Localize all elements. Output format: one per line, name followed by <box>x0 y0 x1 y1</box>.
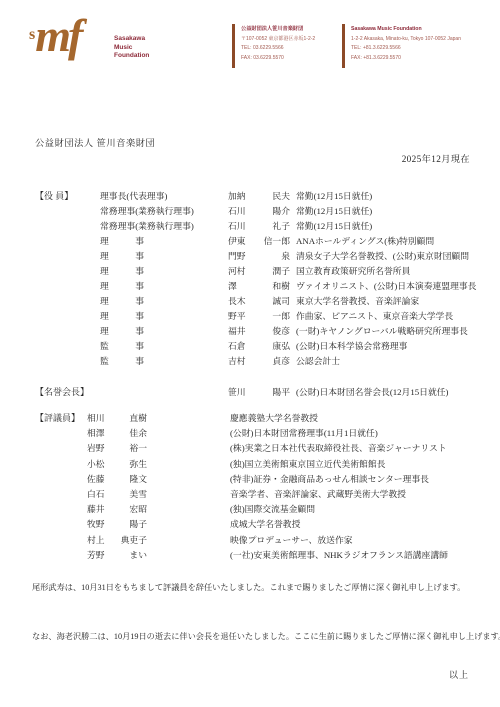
name-cell: 藤井宏昭 <box>87 502 147 517</box>
name-cell: 石川礼子 <box>228 219 290 234</box>
given-name: 裕一 <box>129 441 147 456</box>
officer-row: 理事長(代表理事) 加納民夫 常勤(12月15日就任) <box>35 189 470 204</box>
position-cell: 理 事 <box>100 294 144 309</box>
name-cell: 石川陽介 <box>228 204 290 219</box>
position-cell: 常務理事(業務執行理事) <box>100 219 194 234</box>
surname: 岩野 <box>87 441 105 456</box>
description-cell: (公財)日本科学協会常務理事 <box>296 339 407 354</box>
councilor-row: 岩野裕一 (株)実業之日本社代表取締役社長、音楽ジャーナリスト <box>35 441 470 456</box>
officer-row: 理 事 河村潤子 国立教育政策研究所名誉所員 <box>35 264 470 279</box>
councilors-section: 【評議員】 相川直樹 慶應義塾大学名誉教授 相澤佳余 (公財)日本財団常務理事(… <box>35 411 470 563</box>
en-fax-line: FAX: +81.3.6229.5570 <box>351 54 461 64</box>
surname: 相澤 <box>87 426 105 441</box>
given-name: 泉 <box>281 249 290 264</box>
wordmark-line: Foundation <box>114 52 149 61</box>
given-name: 佳余 <box>129 426 147 441</box>
position-cell: 監 事 <box>100 339 144 354</box>
officer-row: 監 事 吉村貞彦 公認会計士 <box>35 354 470 369</box>
councilor-row: 白石美雪 音楽学者、音楽評論家、武蔵野美術大学教授 <box>35 487 470 502</box>
name-cell: 伊東信一郎 <box>228 234 290 249</box>
surname: 野平 <box>228 309 246 324</box>
given-name: 礼子 <box>272 219 290 234</box>
jp-fax-line: FAX: 03.6229.5570 <box>241 54 315 64</box>
surname: 福井 <box>228 324 246 339</box>
description-cell: 清泉女子大学名誉教授、(公財)東京財団顧問 <box>296 249 469 264</box>
jp-address-line: 〒107-0052 東京都港区赤坂1-2-2 <box>241 35 315 45</box>
position-cell: 監 事 <box>100 354 144 369</box>
position-cell: 理 事 <box>100 249 144 264</box>
name-cell: 相澤佳余 <box>87 426 147 441</box>
contact-divider-bar <box>342 24 345 68</box>
given-name: 陽平 <box>272 385 290 400</box>
name-cell: 河村潤子 <box>228 264 290 279</box>
closing-mark: 以上 <box>449 668 469 681</box>
councilor-row: 芳野まい (一社)安東美術館理事、NHKラジオフランス語講座講師 <box>35 548 470 563</box>
jp-org-name: 公益財団法人笹川音楽財団 <box>241 25 315 35</box>
name-cell: 野平一郎 <box>228 309 290 324</box>
description-cell: 映像プロデューサー、放送作家 <box>230 533 353 548</box>
surname: 吉村 <box>228 354 246 369</box>
description-cell: 常勤(12月15日就任) <box>296 189 372 204</box>
surname: 佐藤 <box>87 472 105 487</box>
councilor-row: 藤井宏昭 (独)国際交流基金顧問 <box>35 502 470 517</box>
officer-row: 常務理事(業務執行理事) 石川礼子 常勤(12月15日就任) <box>35 219 470 234</box>
surname: 牧野 <box>87 517 105 532</box>
surname: 石倉 <box>228 339 246 354</box>
officer-row: 監 事 石倉康弘 (公財)日本科学協会常務理事 <box>35 339 470 354</box>
description-cell: 音楽学者、音楽評論家、武蔵野美術大学教授 <box>230 487 406 502</box>
given-name: 隆文 <box>129 472 147 487</box>
surname: 門野 <box>228 249 246 264</box>
given-name: 直樹 <box>129 411 147 426</box>
document-page: smf Sasakawa Music Foundation 公益財団法人笹川音楽… <box>0 0 500 707</box>
surname: 長木 <box>228 294 246 309</box>
name-cell: 芳野まい <box>87 548 147 563</box>
surname: 澤 <box>228 279 237 294</box>
councilor-row: 村上典吏子 映像プロデューサー、放送作家 <box>35 533 470 548</box>
description-cell: (独)国際交流基金顧問 <box>230 502 315 517</box>
surname: 芳野 <box>87 548 105 563</box>
contact-divider-bar <box>232 24 235 68</box>
wordmark-line: Sasakawa <box>114 35 149 44</box>
name-cell: 白石美雪 <box>87 487 147 502</box>
given-name: 一郎 <box>272 309 290 324</box>
position-cell: 理 事 <box>100 264 144 279</box>
given-name: 弥生 <box>129 457 147 472</box>
name-cell: 澤和樹 <box>228 279 290 294</box>
description-cell: (独)国立美術館東京国立近代美術館館長 <box>230 457 385 472</box>
given-name: 潤子 <box>272 264 290 279</box>
surname: 小松 <box>87 457 105 472</box>
officer-row: 理 事 長木誠司 東京大学名誉教授、音楽評論家 <box>35 294 470 309</box>
given-name: 俊彦 <box>272 324 290 339</box>
as-of-date: 2025年12月現在 <box>402 151 470 165</box>
passing-note: なお、海老沢勝二は、10月19日の逝去に伴い会長を退任いたしました。ここに生前に… <box>32 631 500 642</box>
name-cell: 村上典吏子 <box>87 533 147 548</box>
description-cell: 成城大学名誉教授 <box>230 517 300 532</box>
surname: 伊東 <box>228 234 246 249</box>
officers-section: 【役 員】 理事長(代表理事) 加納民夫 常勤(12月15日就任) 常務理事(業… <box>35 189 470 369</box>
given-name: 宏昭 <box>129 502 147 517</box>
officer-row: 理 事 野平一郎 作曲家、ピアニスト、東京音楽大学学長 <box>35 309 470 324</box>
councilor-row: 牧野陽子 成城大学名誉教授 <box>35 517 470 532</box>
description-cell: 国立教育政策研究所名誉所員 <box>296 264 410 279</box>
description-cell: ANAホールディングス(株)特別顧問 <box>296 234 434 249</box>
councilor-row: 相澤佳余 (公財)日本財団常務理事(11月1日就任) <box>35 426 470 441</box>
name-cell: 吉村貞彦 <box>228 354 290 369</box>
officer-row: 理 事 澤和樹 ヴァイオリニスト、(公財)日本演奏連盟理事長 <box>35 279 470 294</box>
description-cell: (特非)証券・金融商品あっせん相談センター理事長 <box>230 472 429 487</box>
description-cell: (一財)キヤノングローバル戦略研究所理事長 <box>296 324 468 339</box>
en-address-line: 1-2-2 Akasaka, Minato-ku, Tokyo 107-0052… <box>351 35 461 45</box>
name-cell: 小松弥生 <box>87 457 147 472</box>
en-org-name: Sasakawa Music Foundation <box>351 25 461 35</box>
description-cell: 常勤(12月15日就任) <box>296 219 372 234</box>
surname: 相川 <box>87 411 105 426</box>
description-cell: 作曲家、ピアニスト、東京音楽大学学長 <box>296 309 453 324</box>
position-cell: 理事長(代表理事) <box>100 189 167 204</box>
name-cell: 石倉康弘 <box>228 339 290 354</box>
surname: 加納 <box>228 189 246 204</box>
councilor-row: 相川直樹 慶應義塾大学名誉教授 <box>35 411 470 426</box>
surname: 藤井 <box>87 502 105 517</box>
position-cell: 理 事 <box>100 234 144 249</box>
officer-row: 常務理事(業務執行理事) 石川陽介 常勤(12月15日就任) <box>35 204 470 219</box>
given-name: まい <box>129 548 147 563</box>
name-cell: 笹川陽平 <box>228 385 290 400</box>
surname: 河村 <box>228 264 246 279</box>
given-name: 陽介 <box>272 204 290 219</box>
given-name: 康弘 <box>272 339 290 354</box>
position-cell: 理 事 <box>100 279 144 294</box>
en-contact-block: Sasakawa Music Foundation 1-2-2 Akasaka,… <box>342 24 461 68</box>
logo-wordmark: Sasakawa Music Foundation <box>114 35 149 61</box>
smf-logo: smf <box>29 10 80 62</box>
name-cell: 加納民夫 <box>228 189 290 204</box>
councilor-row: 小松弥生 (独)国立美術館東京国立近代美術館館長 <box>35 457 470 472</box>
name-cell: 岩野裕一 <box>87 441 147 456</box>
given-name: 誠司 <box>272 294 290 309</box>
position-cell: 理 事 <box>100 324 144 339</box>
description-cell: (株)実業之日本社代表取締役社長、音楽ジャーナリスト <box>230 441 447 456</box>
surname: 村上 <box>87 533 105 548</box>
description-cell: (一社)安東美術館理事、NHKラジオフランス語講座講師 <box>230 548 448 563</box>
given-name: 信一郎 <box>264 234 290 249</box>
given-name: 美雪 <box>129 487 147 502</box>
name-cell: 門野泉 <box>228 249 290 264</box>
wordmark-line: Music <box>114 44 149 53</box>
retirement-note: 尾形武寿は、10月31日をもちまして評議員を辞任いたしました。これまで賜りました… <box>32 582 465 593</box>
description-cell: ヴァイオリニスト、(公財)日本演奏連盟理事長 <box>296 279 476 294</box>
given-name: 典吏子 <box>121 533 147 548</box>
jp-contact-block: 公益財団法人笹川音楽財団 〒107-0052 東京都港区赤坂1-2-2 TEL:… <box>232 24 315 68</box>
logo-letters-mf: mf <box>35 10 80 62</box>
officer-row: 理 事 伊東信一郎 ANAホールディングス(株)特別顧問 <box>35 234 470 249</box>
jp-tel-line: TEL: 03.6229.5566 <box>241 44 315 54</box>
councilor-row: 佐藤隆文 (特非)証券・金融商品あっせん相談センター理事長 <box>35 472 470 487</box>
description-cell: 公認会計士 <box>296 354 340 369</box>
surname: 笹川 <box>228 385 246 400</box>
page-title: 公益財団法人 笹川音楽財団 <box>35 135 155 149</box>
name-cell: 牧野陽子 <box>87 517 147 532</box>
description-cell: 常勤(12月15日就任) <box>296 204 372 219</box>
honorary-chairman-row: 笹川陽平 (公財)日本財団名誉会長(12月15日就任) <box>35 385 470 400</box>
given-name: 陽子 <box>129 517 147 532</box>
en-tel-line: TEL: +81.3.6229.5566 <box>351 44 461 54</box>
officer-row: 理 事 福井俊彦 (一財)キヤノングローバル戦略研究所理事長 <box>35 324 470 339</box>
name-cell: 佐藤隆文 <box>87 472 147 487</box>
description-cell: (公財)日本財団常務理事(11月1日就任) <box>230 426 378 441</box>
given-name: 和樹 <box>272 279 290 294</box>
officer-row: 理 事 門野泉 清泉女子大学名誉教授、(公財)東京財団顧問 <box>35 249 470 264</box>
surname: 白石 <box>87 487 105 502</box>
description-cell: 慶應義塾大学名誉教授 <box>230 411 318 426</box>
name-cell: 福井俊彦 <box>228 324 290 339</box>
name-cell: 相川直樹 <box>87 411 147 426</box>
description-cell: (公財)日本財団名誉会長(12月15日就任) <box>296 385 448 400</box>
description-cell: 東京大学名誉教授、音楽評論家 <box>296 294 419 309</box>
surname: 石川 <box>228 204 246 219</box>
surname: 石川 <box>228 219 246 234</box>
name-cell: 長木誠司 <box>228 294 290 309</box>
honorary-chairman-section: 【名誉会長】 笹川陽平 (公財)日本財団名誉会長(12月15日就任) <box>35 385 470 400</box>
position-cell: 常務理事(業務執行理事) <box>100 204 194 219</box>
given-name: 貞彦 <box>272 354 290 369</box>
position-cell: 理 事 <box>100 309 144 324</box>
given-name: 民夫 <box>272 189 290 204</box>
